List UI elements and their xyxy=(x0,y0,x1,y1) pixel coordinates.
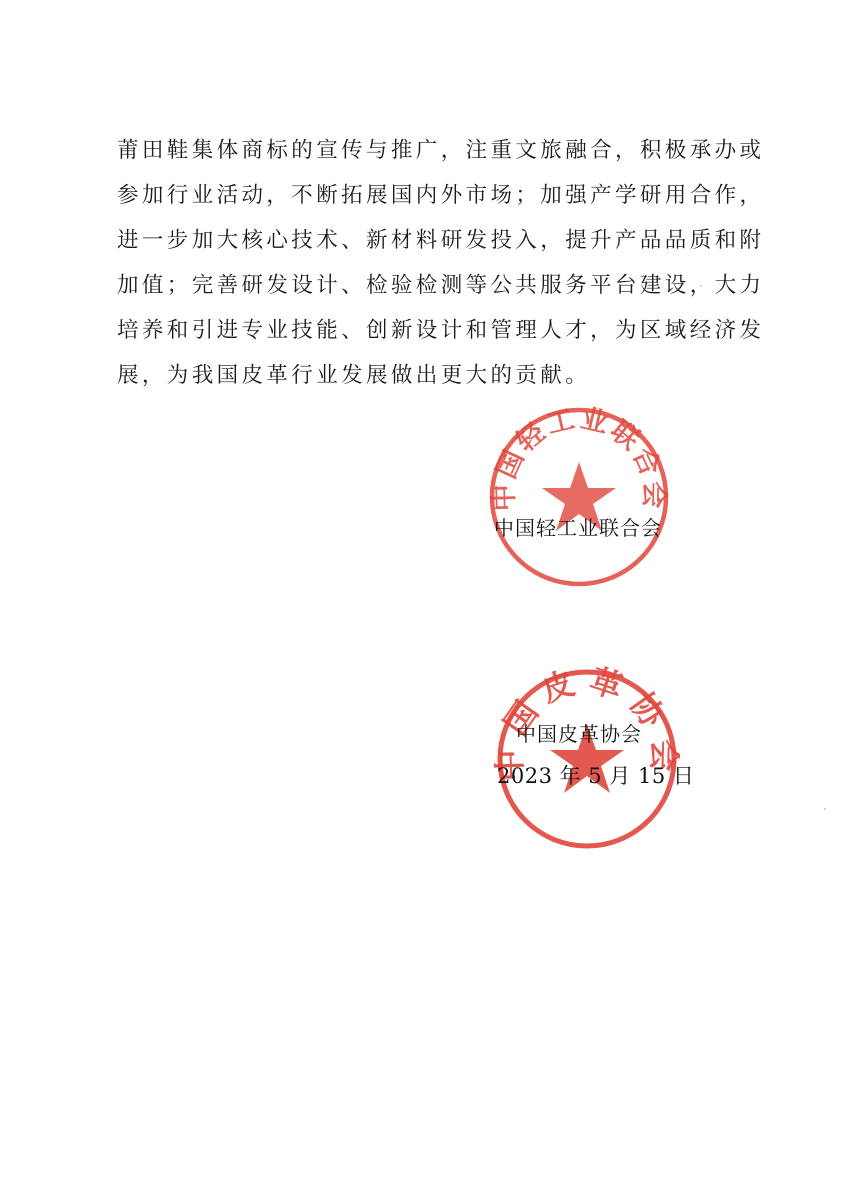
scan-speck xyxy=(700,285,702,287)
body-line: 莆田鞋集体商标的宣传与推广，注重文旅融合，积极承办或 xyxy=(117,128,737,173)
body-line: 加值；完善研发设计、检验检测等公共服务平台建设，大力 xyxy=(117,263,737,308)
seal-leather-association: 中国皮革协会 xyxy=(494,666,680,852)
document-body: 莆田鞋集体商标的宣传与推广，注重文旅融合，积极承办或 参加行业活动，不断拓展国内… xyxy=(117,128,737,398)
seal-1-icon: 中国轻工业联合会 xyxy=(486,404,672,590)
body-line: 展，为我国皮革行业发展做出更大的贡献。 xyxy=(117,353,737,398)
body-line: 进一步加大核心技术、新材料研发投入，提升产品品质和附 xyxy=(117,218,737,263)
signature-date: 2023 年 5 月 15 日 xyxy=(497,760,694,790)
seal-light-industry-federation: 中国轻工业联合会 xyxy=(486,404,672,590)
body-line: 培养和引进专业技能、创新设计和管理人才，为区域经济发 xyxy=(117,308,737,353)
body-line: 参加行业活动，不断拓展国内外市场；加强产学研用合作， xyxy=(117,173,737,218)
signature-org-2: 中国皮革协会 xyxy=(516,718,642,747)
scan-speck xyxy=(824,808,826,810)
seal-2-icon: 中国皮革协会 xyxy=(494,666,680,852)
signature-org-1: 中国轻工业联合会 xyxy=(494,512,662,541)
